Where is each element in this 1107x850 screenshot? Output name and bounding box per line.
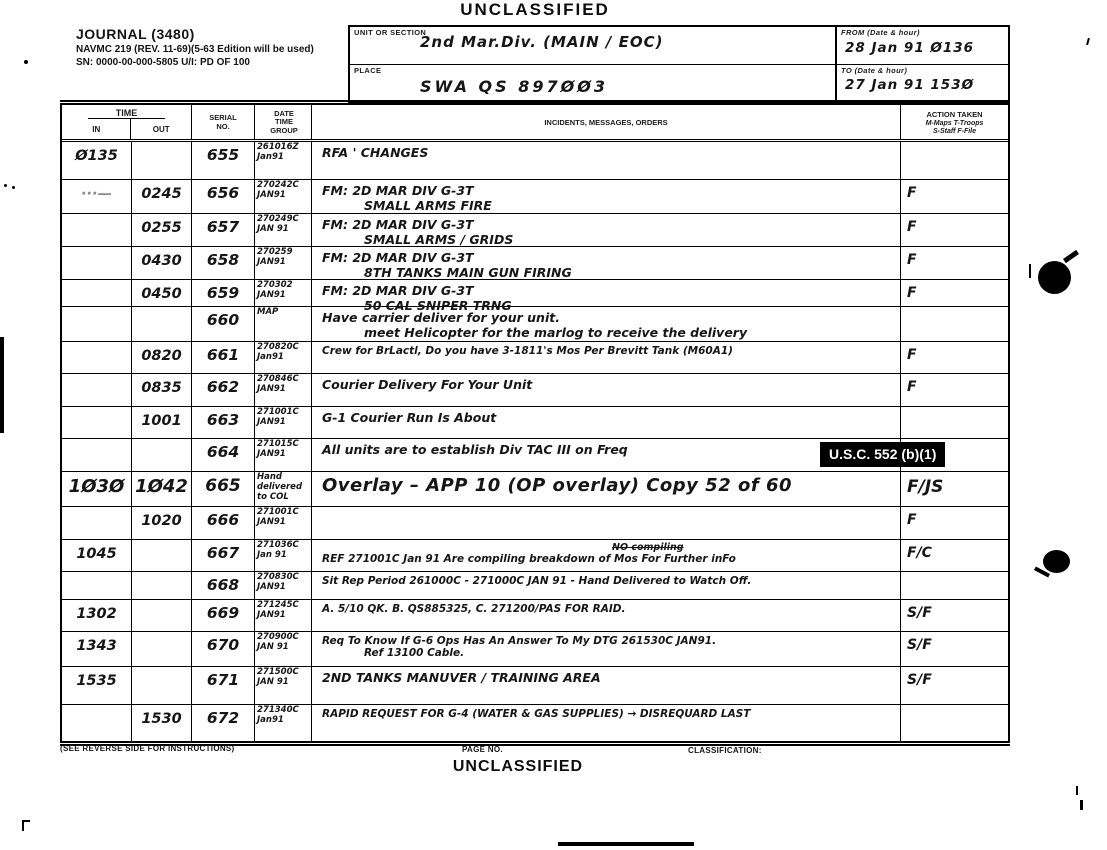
time-out-cell: [132, 540, 192, 571]
serial-header-line1: SERIAL: [209, 113, 237, 122]
time-in-cell: Ø135: [62, 142, 132, 179]
serial-cell: 667: [192, 540, 255, 571]
action-cell: F: [901, 374, 1008, 406]
time-out-header: OUT: [131, 119, 191, 139]
serial-header-cell: SERIAL NO.: [192, 105, 255, 139]
action-cell: [901, 705, 1008, 741]
scan-artifact-dot: [4, 184, 7, 187]
incident-text: All units are to establish Div TAC III o…: [322, 442, 900, 457]
incident-text: Courier Delivery For Your Unit: [322, 377, 900, 392]
journal-row: 0430658270259JAN91FM: 2D MAR DIV G-3T8TH…: [62, 247, 1008, 280]
incident-text: RFA ' CHANGES: [322, 145, 900, 160]
serial-cell: 657: [192, 214, 255, 246]
journal-row: 1045667271036CJan 91NO compilingREF 2710…: [62, 540, 1008, 572]
dtg-line: JAN91: [257, 258, 311, 268]
time-in-cell: [62, 439, 132, 471]
action-header-cell: ACTION TAKEN M-Maps T-Troops S-Staff F-F…: [901, 105, 1008, 139]
action-cell: F/C: [901, 540, 1008, 571]
incident-text: G-1 Courier Run Is About: [322, 410, 900, 425]
incident-text: Overlay – APP 10 (OP overlay) Copy 52 of…: [322, 475, 900, 496]
serial-cell: 671: [192, 667, 255, 704]
incidents-header-cell: INCIDENTS, MESSAGES, ORDERS: [312, 105, 901, 139]
form-number-line: NAVMC 219 (REV. 11-69)(5-63 Edition will…: [76, 44, 346, 55]
time-in-cell: [62, 342, 132, 373]
action-cell: F: [901, 280, 1008, 306]
from-label: FROM (Date & hour): [841, 28, 920, 37]
incidents-cell: Courier Delivery For Your Unit: [312, 374, 901, 406]
dtg-cell: 270820CJan91: [255, 342, 312, 373]
dtg-line: JAN91: [257, 450, 311, 460]
dtg-line: Jan 91: [257, 551, 311, 561]
from-to-column: FROM (Date & hour) 28 Jan 91 Ø136 TO (Da…: [837, 27, 1008, 101]
action-cell: F: [901, 247, 1008, 279]
serial-cell: 658: [192, 247, 255, 279]
action-header-line1: ACTION TAKEN: [926, 110, 982, 119]
dtg-cell: 271001CJAN91: [255, 407, 312, 438]
dtg-line: Jan91: [257, 716, 311, 726]
from-value: 28 Jan 91 Ø136: [845, 40, 974, 56]
time-out-cell: 0835: [132, 374, 192, 406]
journal-row: 1001663271001CJAN91G-1 Courier Run Is Ab…: [62, 407, 1008, 439]
dtg-line: JAN91: [257, 385, 311, 395]
action-cell: F: [901, 180, 1008, 213]
serial-cell: 665: [192, 472, 255, 506]
incidents-cell: FM: 2D MAR DIV G-3T8TH TANKS MAIN GUN FI…: [312, 247, 901, 279]
incident-text: A. 5/10 QK. B. QS885325, C. 271200/PAS F…: [322, 603, 900, 615]
ink-blob: [1038, 261, 1071, 294]
time-in-cell: [62, 507, 132, 539]
ink-mark: [1029, 264, 1031, 278]
time-out-cell: [132, 632, 192, 666]
form-stock-line: SN: 0000-00-000-5805 U/I: PD OF 100: [76, 57, 346, 68]
journal-row: 664271015CJAN91All units are to establis…: [62, 439, 1008, 472]
action-cell: F: [901, 214, 1008, 246]
incidents-header-label: INCIDENTS, MESSAGES, ORDERS: [544, 118, 667, 127]
form-title: JOURNAL (3480): [76, 26, 346, 42]
scan-artifact-tick: [1076, 786, 1078, 795]
dtg-cell: 270830CJAN91: [255, 572, 312, 599]
serial-cell: 670: [192, 632, 255, 666]
incident-text: Sit Rep Period 261000C - 271000C JAN 91 …: [322, 575, 900, 587]
serial-cell: 656: [192, 180, 255, 213]
dtg-line: JAN91: [257, 583, 311, 593]
time-in-out-subheader: IN OUT: [62, 119, 191, 139]
place-label: PLACE: [354, 66, 381, 75]
struck-note: NO compiling: [612, 543, 900, 553]
serial-cell: 672: [192, 705, 255, 741]
time-out-cell: 1530: [132, 705, 192, 741]
serial-cell: 669: [192, 600, 255, 631]
dtg-cell: 270249CJAN 91: [255, 214, 312, 246]
incident-text: Have carrier deliver for your unit.: [322, 310, 900, 325]
journal-row: 1020666271001CJAN91F: [62, 507, 1008, 540]
journal-row: Ø135655261016ZJan91RFA ' CHANGES: [62, 142, 1008, 180]
dtg-cell: 271340CJan91: [255, 705, 312, 741]
dtg-line: JAN 91: [257, 643, 311, 653]
journal-row: 0450659270302JAN91FM: 2D MAR DIV G-3T50 …: [62, 280, 1008, 307]
incident-text-2: SMALL ARMS / GRIDS: [364, 232, 900, 247]
unit-place-column: UNIT OR SECTION 2nd Mar.Div. (MAIN / EOC…: [350, 27, 837, 101]
dtg-line: JAN91: [257, 518, 311, 528]
to-label: TO (Date & hour): [841, 66, 907, 75]
time-out-cell: 0820: [132, 342, 192, 373]
dtg-header-line3: GROUP: [270, 127, 298, 136]
incident-text: REF 271001C Jan 91 Are compiling breakdo…: [322, 553, 900, 565]
journal-row: 1302669271245CJAN91A. 5/10 QK. B. QS8853…: [62, 600, 1008, 632]
scan-artifact-dot: [24, 60, 28, 64]
dtg-line: JAN91: [257, 611, 311, 621]
classification-banner-bottom: UNCLASSIFIED: [438, 758, 598, 776]
incidents-cell: G-1 Courier Run Is About: [312, 407, 901, 438]
dtg-cell: 271500CJAN 91: [255, 667, 312, 704]
redaction-box: U.S.C. 552 (b)(1): [820, 442, 945, 467]
time-header-label: TIME: [88, 105, 165, 119]
action-cell: [901, 407, 1008, 438]
incident-text: 2ND TANKS MANUVER / TRAINING AREA: [322, 670, 900, 685]
dtg-line: JAN91: [257, 291, 311, 301]
dtg-cell: 270900CJAN 91: [255, 632, 312, 666]
serial-cell: 661: [192, 342, 255, 373]
to-value: 27 Jan 91 153Ø: [845, 77, 974, 93]
action-header-line3: S-Staff F-File: [933, 128, 976, 135]
dtg-line: Jan91: [257, 153, 311, 163]
incident-text-2: Ref 13100 Cable.: [364, 647, 900, 659]
serial-cell: 655: [192, 142, 255, 179]
form-identification-block: JOURNAL (3480) NAVMC 219 (REV. 11-69)(5-…: [76, 26, 346, 68]
incidents-cell: FM: 2D MAR DIV G-3TSMALL ARMS FIRE: [312, 180, 901, 213]
time-in-cell: [62, 247, 132, 279]
place-value: SWA QS 897ØØ3: [420, 77, 608, 96]
incidents-cell: 2ND TANKS MANUVER / TRAINING AREA: [312, 667, 901, 704]
time-in-cell: [62, 307, 132, 341]
journal-table: TIME IN OUT SERIAL NO. DATE TIME GROUP I…: [60, 103, 1010, 743]
journal-row: ···—0245656270242CJAN91FM: 2D MAR DIV G-…: [62, 180, 1008, 214]
journal-row: 668270830CJAN91Sit Rep Period 261000C - …: [62, 572, 1008, 600]
incident-text: RAPID REQUEST FOR G-4 (WATER & GAS SUPPL…: [322, 708, 900, 720]
time-in-header: IN: [62, 119, 131, 139]
incidents-cell: Have carrier deliver for your unit.meet …: [312, 307, 901, 341]
incidents-cell: [312, 507, 901, 539]
time-out-cell: 1Ø42: [132, 472, 192, 506]
incidents-cell: FM: 2D MAR DIV G-3T50 CAL SNIPER TRNG: [312, 280, 901, 306]
scan-artifact-tick: [1086, 38, 1090, 45]
incidents-cell: NO compilingREF 271001C Jan 91 Are compi…: [312, 540, 901, 571]
incidents-cell: Crew for BrLactl, Do you have 3-1811's M…: [312, 342, 901, 373]
incident-text-2: meet Helicopter for the marlog to receiv…: [364, 325, 900, 340]
time-in-cell: [62, 705, 132, 741]
dtg-cell: 270302JAN91: [255, 280, 312, 306]
action-cell: F: [901, 507, 1008, 539]
form-header-box: UNIT OR SECTION 2nd Mar.Div. (MAIN / EOC…: [348, 25, 1010, 103]
time-in-cell: [62, 407, 132, 438]
dtg-cell: 270259JAN91: [255, 247, 312, 279]
serial-cell: 668: [192, 572, 255, 599]
time-in-cell: 1535: [62, 667, 132, 704]
dtg-line: to COL: [257, 493, 311, 503]
dtg-cell: 271245CJAN91: [255, 600, 312, 631]
time-out-cell: [132, 307, 192, 341]
journal-row: 1530672271340CJan91RAPID REQUEST FOR G-4…: [62, 705, 1008, 741]
time-in-cell: 1302: [62, 600, 132, 631]
dtg-line: JAN91: [257, 418, 311, 428]
scan-artifact-r-mark: [24, 820, 30, 822]
incident-text: FM: 2D MAR DIV G-3T: [322, 250, 900, 265]
time-in-cell: ···—: [62, 180, 132, 213]
time-in-cell: [62, 214, 132, 246]
serial-cell: 662: [192, 374, 255, 406]
time-in-cell: [62, 374, 132, 406]
journal-table-header: TIME IN OUT SERIAL NO. DATE TIME GROUP I…: [62, 105, 1008, 142]
incident-text: Req To Know If G-6 Ops Has An Answer To …: [322, 635, 900, 647]
action-cell: F/JS: [901, 472, 1008, 506]
journal-row: 0835662270846CJAN91Courier Delivery For …: [62, 374, 1008, 407]
from-cell: FROM (Date & hour) 28 Jan 91 Ø136: [837, 27, 1008, 65]
incidents-cell: All units are to establish Div TAC III o…: [312, 439, 901, 471]
dtg-header-cell: DATE TIME GROUP: [255, 105, 312, 139]
place-cell: PLACE SWA QS 897ØØ3: [350, 65, 835, 102]
action-cell: S/F: [901, 667, 1008, 704]
incident-text-2: SMALL ARMS FIRE: [364, 198, 900, 213]
time-out-cell: [132, 142, 192, 179]
time-out-cell: [132, 572, 192, 599]
to-cell: TO (Date & hour) 27 Jan 91 153Ø: [837, 65, 1008, 102]
scan-artifact-tick: [1080, 800, 1083, 810]
serial-cell: 664: [192, 439, 255, 471]
dtg-line: JAN 91: [257, 225, 311, 235]
dtg-cell: 271036CJan 91: [255, 540, 312, 571]
incident-text-2: 8TH TANKS MAIN GUN FIRING: [364, 265, 900, 280]
time-out-cell: [132, 667, 192, 704]
serial-cell: 660: [192, 307, 255, 341]
journal-row: 1343670270900CJAN 91Req To Know If G-6 O…: [62, 632, 1008, 667]
incident-text: FM: 2D MAR DIV G-3T: [322, 183, 900, 198]
action-cell: [901, 307, 1008, 341]
serial-cell: 666: [192, 507, 255, 539]
incident-text: FM: 2D MAR DIV G-3T: [322, 283, 900, 298]
scan-artifact-line: [558, 842, 694, 846]
journal-table-body: Ø135655261016ZJan91RFA ' CHANGES···—0245…: [62, 142, 1008, 741]
serial-header-line2: NO.: [216, 122, 229, 131]
incidents-cell: A. 5/10 QK. B. QS885325, C. 271200/PAS F…: [312, 600, 901, 631]
incidents-cell: Overlay – APP 10 (OP overlay) Copy 52 of…: [312, 472, 901, 506]
scan-artifact-left-bar: [0, 337, 4, 433]
action-header-line2: M-Maps T-Troops: [926, 120, 984, 127]
time-in-cell: [62, 280, 132, 306]
journal-row: 0820661270820CJan91Crew for BrLactl, Do …: [62, 342, 1008, 374]
page-no-label: PAGE NO.: [462, 745, 503, 754]
serial-cell: 659: [192, 280, 255, 306]
ink-blob-tail: [1063, 250, 1079, 263]
incidents-cell: Req To Know If G-6 Ops Has An Answer To …: [312, 632, 901, 666]
reverse-side-note: (SEE REVERSE SIDE FOR INSTRUCTIONS): [60, 744, 235, 753]
journal-row: 0255657270249CJAN 91FM: 2D MAR DIV G-3TS…: [62, 214, 1008, 247]
dtg-line: MAP: [257, 308, 311, 318]
classification-label: CLASSIFICATION:: [688, 746, 762, 755]
dtg-cell: 261016ZJan91: [255, 142, 312, 179]
dtg-line: JAN91: [257, 191, 311, 201]
time-out-cell: 0450: [132, 280, 192, 306]
time-out-cell: 0245: [132, 180, 192, 213]
dtg-cell: MAP: [255, 307, 312, 341]
dtg-cell: Handdeliveredto COL: [255, 472, 312, 506]
action-cell: S/F: [901, 600, 1008, 631]
dtg-line: Jan91: [257, 353, 311, 363]
serial-cell: 663: [192, 407, 255, 438]
action-cell: F: [901, 342, 1008, 373]
time-out-cell: 1001: [132, 407, 192, 438]
time-header-cell: TIME IN OUT: [62, 105, 192, 139]
incidents-cell: RFA ' CHANGES: [312, 142, 901, 179]
action-cell: [901, 572, 1008, 599]
dtg-cell: 271015CJAN91: [255, 439, 312, 471]
action-cell: [901, 142, 1008, 179]
unit-or-section-value: 2nd Mar.Div. (MAIN / EOC): [420, 33, 663, 51]
ink-blob: [1043, 550, 1070, 573]
action-cell: S/F: [901, 632, 1008, 666]
unit-or-section-label: UNIT OR SECTION: [354, 28, 426, 37]
incidents-cell: FM: 2D MAR DIV G-3TSMALL ARMS / GRIDS: [312, 214, 901, 246]
time-out-cell: 0255: [132, 214, 192, 246]
incidents-cell: Sit Rep Period 261000C - 271000C JAN 91 …: [312, 572, 901, 599]
dtg-cell: 270242CJAN91: [255, 180, 312, 213]
incident-text: FM: 2D MAR DIV G-3T: [322, 217, 900, 232]
time-in-cell: 1Ø3Ø: [62, 472, 132, 506]
dtg-cell: 271001CJAN91: [255, 507, 312, 539]
journal-page: UNCLASSIFIED JOURNAL (3480) NAVMC 219 (R…: [0, 0, 1107, 850]
time-out-cell: [132, 439, 192, 471]
scan-artifact-dot: [12, 186, 15, 189]
unit-or-section-cell: UNIT OR SECTION 2nd Mar.Div. (MAIN / EOC…: [350, 27, 835, 65]
journal-row: 1535671271500CJAN 912ND TANKS MANUVER / …: [62, 667, 1008, 705]
time-in-cell: 1343: [62, 632, 132, 666]
incident-text: Crew for BrLactl, Do you have 3-1811's M…: [322, 345, 900, 357]
journal-row: 660MAPHave carrier deliver for your unit…: [62, 307, 1008, 342]
classification-banner-top: UNCLASSIFIED: [418, 0, 652, 20]
time-in-cell: 1045: [62, 540, 132, 571]
journal-row: 1Ø3Ø1Ø42665Handdeliveredto COLOverlay – …: [62, 472, 1008, 507]
time-out-cell: [132, 600, 192, 631]
time-out-cell: 1020: [132, 507, 192, 539]
time-in-cell: [62, 572, 132, 599]
incidents-cell: RAPID REQUEST FOR G-4 (WATER & GAS SUPPL…: [312, 705, 901, 741]
time-out-cell: 0430: [132, 247, 192, 279]
dtg-line: JAN 91: [257, 678, 311, 688]
dtg-cell: 270846CJAN91: [255, 374, 312, 406]
